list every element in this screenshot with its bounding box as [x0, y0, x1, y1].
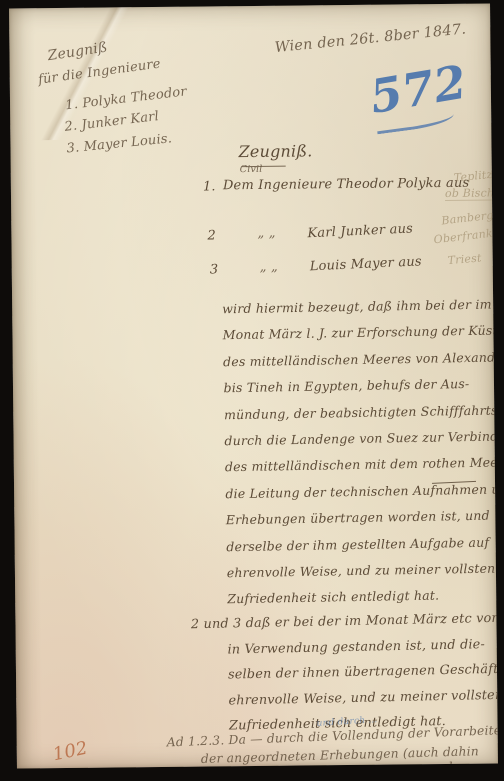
- photo-black-border: Wien den 26t. 8ber 1847. 572 Zeugniß für…: [0, 0, 504, 781]
- document-title: Zeugniß.: [238, 141, 312, 161]
- folio-number: 102: [51, 738, 89, 766]
- catchword: gele: [433, 760, 460, 769]
- recipient-1-pencil-note: ob Bischof: [445, 186, 498, 201]
- recipient-1-insertion: Civil: [240, 164, 263, 175]
- recipient-3-ditto-marks: „ „: [260, 260, 278, 275]
- document-page: Wien den 26t. 8ber 1847. 572 Zeugniß für…: [9, 4, 498, 769]
- recipient-2-ditto-marks: „ „: [257, 226, 275, 241]
- recipient-3-pencil-note: Triest: [447, 251, 482, 267]
- registry-number: 572: [366, 55, 470, 124]
- certificate-paragraph-1: wird hiermit bezeugt, daß ihm bei der im…: [222, 291, 498, 613]
- recipient-3-number: 3: [210, 262, 219, 277]
- margin-note-title: Zeugniß: [47, 39, 109, 64]
- recipient-1-pencil-note: Teplitz: [453, 168, 493, 185]
- recipient-2-number: 2: [207, 228, 216, 243]
- margin-note-item: 1. Polyka Theodor: [65, 84, 188, 113]
- date-line: Wien den 26t. 8ber 1847.: [274, 21, 467, 56]
- recipient-1-number: 1.: [203, 179, 216, 194]
- margin-note-item: 2. Junker Karl: [64, 109, 160, 135]
- recipient-2-pencil-note: Bamberg in: [441, 207, 498, 228]
- recipient-1-text: Dem Ingenieure Theodor Polyka aus: [223, 176, 470, 194]
- recipient-2-text: Karl Junker aus: [307, 221, 413, 241]
- margin-note-item: 3. Mayer Louis.: [66, 131, 173, 156]
- certificate-line: ehrenvolle Weise, und zu meiner vollsten: [227, 555, 498, 586]
- recipient-3-text: Louis Mayer aus: [309, 254, 422, 274]
